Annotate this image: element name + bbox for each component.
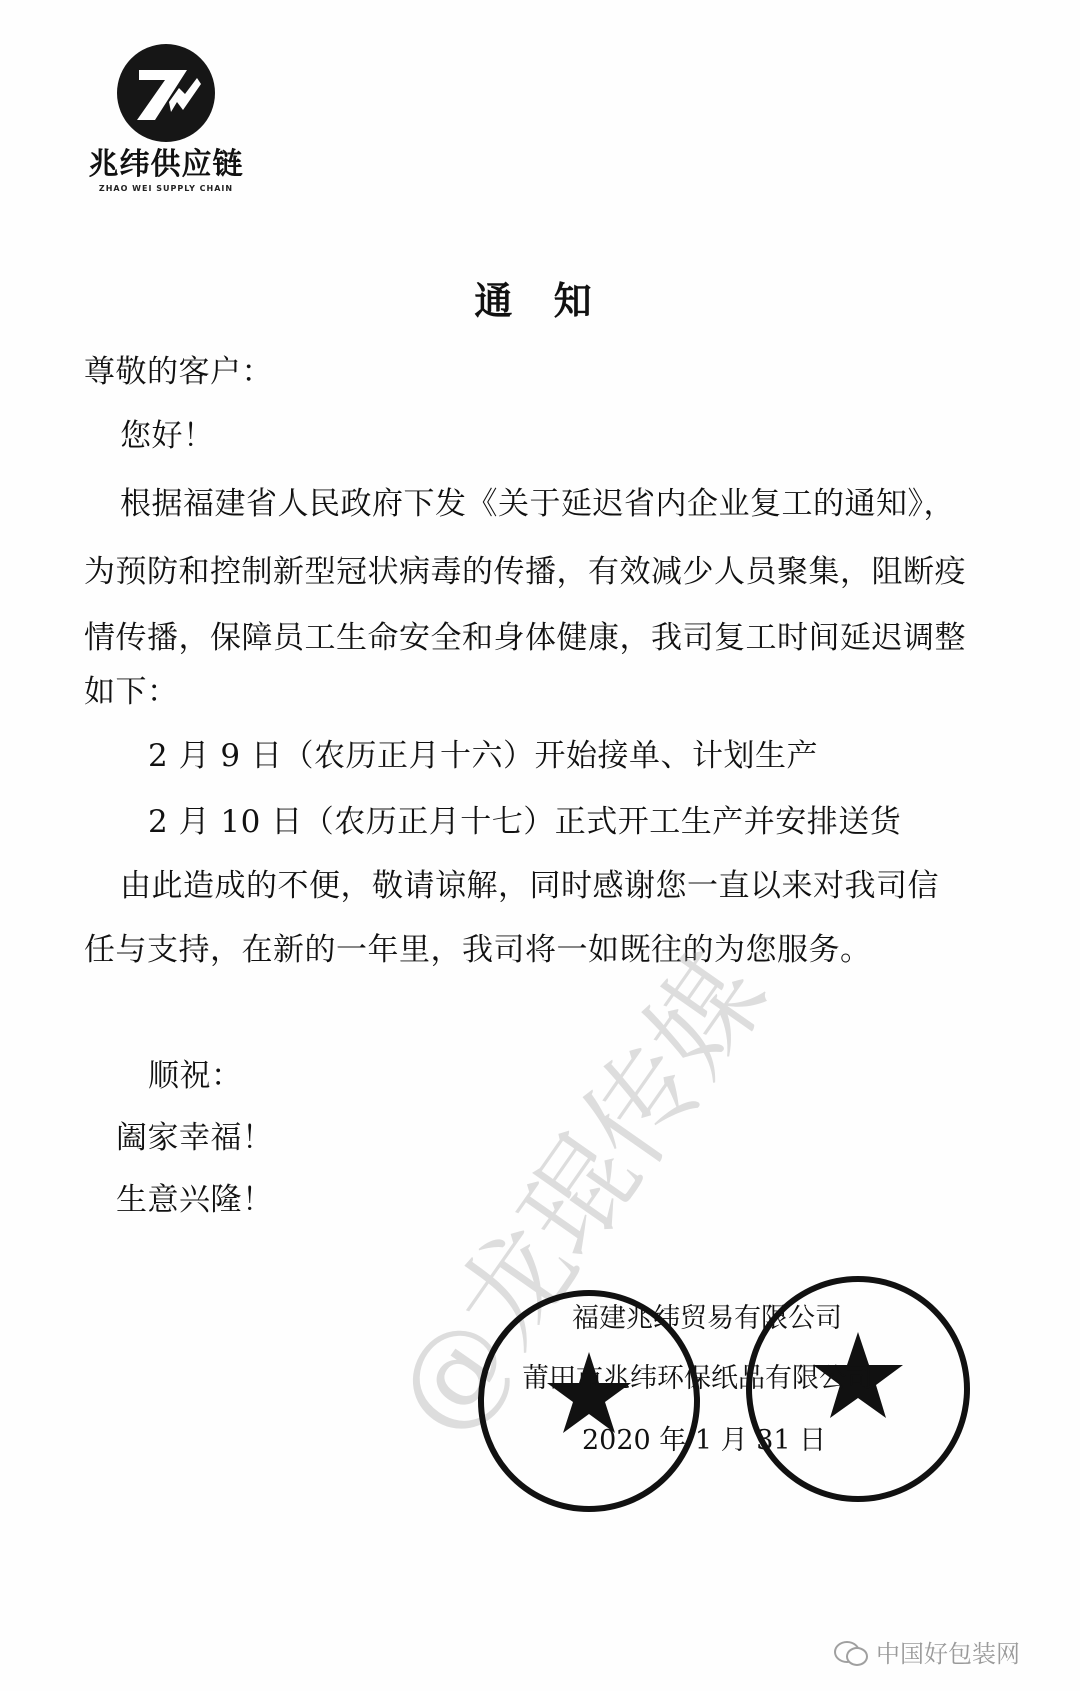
wechat-icon <box>834 1639 868 1665</box>
schedule-item-1: 2 月 9 日（农历正月十六）开始接单、计划生产 <box>148 736 818 776</box>
closing-line-2: 任与支持，在新的一年里，我司将一如既往的为您服务。 <box>84 930 872 970</box>
page-title: 通 知 <box>0 270 1080 325</box>
signature-company-1: 福建兆纬贸易有限公司 <box>572 1302 842 1336</box>
source-label: 中国好包装网 <box>876 1634 1020 1669</box>
body-line-4: 如下： <box>84 672 179 712</box>
schedule-item-2: 2 月 10 日（农历正月十七）正式开工生产并安排送货 <box>148 802 901 842</box>
body-line-3: 情传播，保障员工生命安全和身体健康，我司复工时间延迟调整 <box>84 618 966 658</box>
regards-opening: 顺祝： <box>148 1056 243 1096</box>
source-footer: 中国好包装网 <box>834 1634 1020 1669</box>
signature-company-2: 莆田市兆纬环保纸品有限公司 <box>522 1362 873 1396</box>
notice-document: 兆纬供应链 ZHAO WEI SUPPLY CHAIN 通 知 尊敬的客户： 您… <box>0 0 1080 1691</box>
logo-brand-en: ZHAO WEI SUPPLY CHAIN <box>86 184 246 193</box>
signature-date: 2020 年 1 月 31 日 <box>582 1424 826 1458</box>
greeting: 您好！ <box>120 416 215 456</box>
body-line-2: 为预防和控制新型冠状病毒的传播，有效减少人员聚集，阻断疫 <box>84 552 966 592</box>
salutation: 尊敬的客户： <box>84 352 273 392</box>
logo-brand-cn: 兆纬供应链 <box>86 148 246 182</box>
regards-wish-1: 阖家幸福！ <box>116 1118 274 1158</box>
closing-line-1: 由此造成的不便，敬请谅解，同时感谢您一直以来对我司信 <box>120 866 939 906</box>
company-logo: 兆纬供应链 ZHAO WEI SUPPLY CHAIN <box>86 44 246 193</box>
logo-mark-icon <box>117 44 215 142</box>
body-line-1: 根据福建省人民政府下发《关于延迟省内企业复工的通知》， <box>120 484 955 524</box>
regards-wish-2: 生意兴隆！ <box>116 1180 274 1220</box>
